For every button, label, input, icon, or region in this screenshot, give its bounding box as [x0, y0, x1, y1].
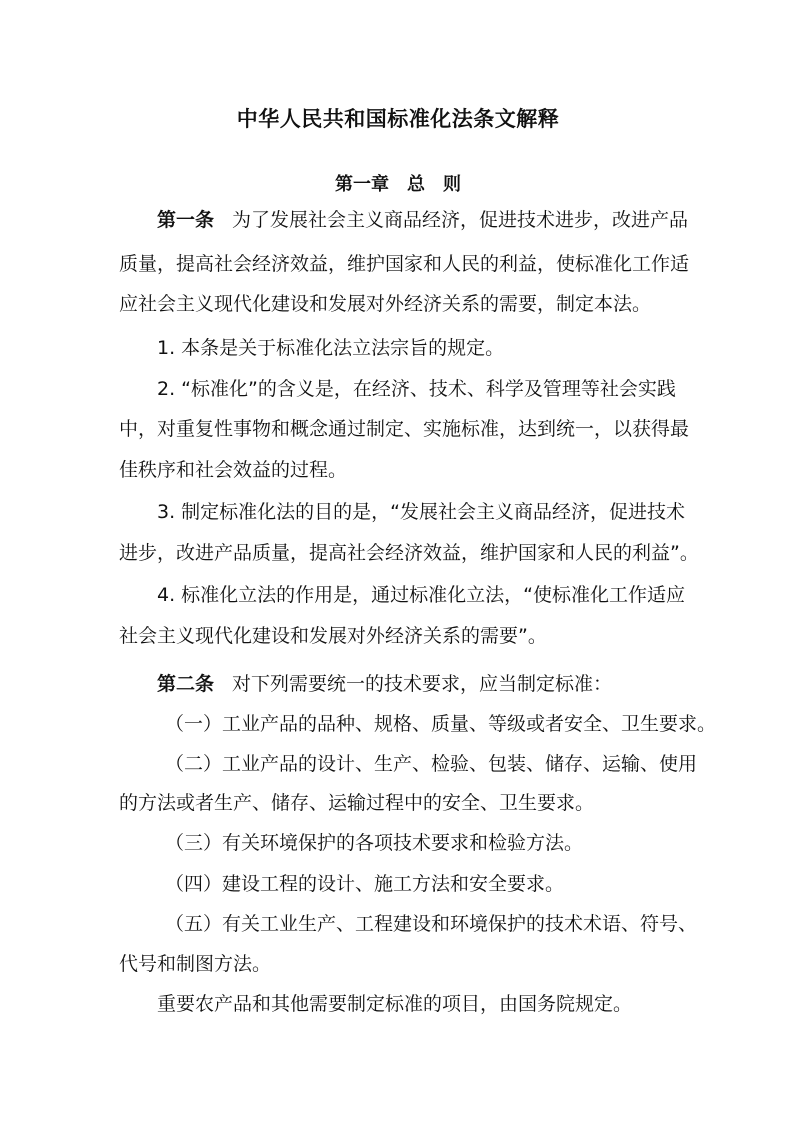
- article-1-line-3: 应社会主义现代化建设和发展对外经济关系的需要，制定本法。: [119, 292, 651, 316]
- article-1-line-1: 第一条为了发展社会主义商品经济，促进技术进步，改进产品: [157, 208, 688, 232]
- note-2-line-3: 佳秩序和社会效益的过程。: [119, 458, 347, 482]
- note-1-line-1: 1. 本条是关于标准化法立法宗旨的规定。: [157, 336, 504, 360]
- note-3-line-1: 3. 制定标准化法的目的是，“发展社会主义商品经济，促进技术: [157, 500, 685, 524]
- article-1-line-2: 质量，提高社会经济效益，维护国家和人民的利益，使标准化工作适: [119, 252, 689, 276]
- document-title: 中华人民共和国标准化法条文解释: [119, 103, 677, 133]
- chapter-heading: 第一章总则: [119, 170, 677, 196]
- item-5-line-2: 代号和制图方法。: [119, 952, 271, 976]
- item-1-line-1: （一）工业产品的品种、规格、质量、等级或者安全、卫生要求。: [165, 712, 716, 736]
- article-2-closing: 重要农产品和其他需要制定标准的项目，由国务院规定。: [157, 992, 632, 1016]
- chapter-name-2: 则: [443, 174, 461, 195]
- chapter-number: 第一章: [335, 174, 389, 195]
- article-2-line-1: 第二条对下列需要统一的技术要求，应当制定标准：: [157, 672, 612, 696]
- item-3-line-1: （三）有关环境保护的各项技术要求和检验方法。: [165, 831, 583, 855]
- article-2-label: 第二条: [157, 673, 214, 695]
- item-2-line-1: （二）工业产品的设计、生产、检验、包装、储存、运输、使用: [165, 752, 697, 776]
- item-4-line-1: （四）建设工程的设计、施工方法和安全要求。: [165, 872, 564, 896]
- note-4-line-2: 社会主义现代化建设和发展对外经济关系的需要”。: [119, 624, 547, 648]
- note-4-line-1: 4. 标准化立法的作用是，通过标准化立法，“使标准化工作适应: [157, 583, 685, 607]
- note-2-line-2: 中，对重复性事物和概念通过制定、实施标准，达到统一，以获得最: [119, 417, 689, 441]
- chapter-name-1: 总: [407, 174, 425, 195]
- article-1-label: 第一条: [157, 209, 214, 231]
- note-2-line-1: 2. “标准化”的含义是，在经济、技术、科学及管理等社会实践: [157, 377, 676, 401]
- note-3-line-2: 进步，改进产品质量，提高社会经济效益，维护国家和人民的利益”。: [119, 541, 699, 565]
- item-5-line-1: （五）有关工业生产、工程建设和环境保护的技术术语、符号、: [165, 912, 697, 936]
- item-2-line-2: 的方法或者生产、储存、运输过程中的安全、卫生要求。: [119, 791, 594, 815]
